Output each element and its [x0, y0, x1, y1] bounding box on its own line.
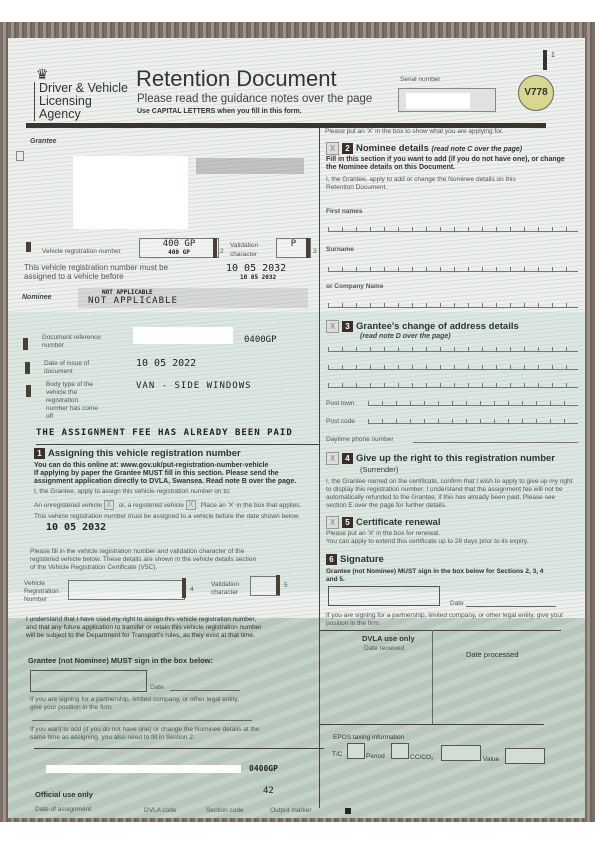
- grantee-shaded-field: [196, 158, 304, 174]
- section6-date-line[interactable]: [466, 606, 556, 607]
- surname-input[interactable]: [328, 264, 578, 272]
- royal-crest-icon: ♛: [36, 66, 54, 82]
- assign-before-date: 10 05 2032: [226, 263, 286, 274]
- corner-marker: [345, 808, 351, 814]
- value-label: Value: [483, 756, 499, 763]
- official-use-value: 42: [263, 786, 274, 796]
- dvla-use-title: DVLA use only: [362, 634, 415, 643]
- marker-bar: [23, 338, 28, 350]
- position-line[interactable]: [32, 720, 252, 721]
- post-town-label: Post town: [326, 400, 355, 407]
- assign-before-date-small: 10 05 2032: [240, 274, 276, 281]
- epos-rule: [319, 724, 544, 725]
- section-rule: [36, 444, 319, 445]
- registered-vehicle-checkbox[interactable]: X: [186, 500, 196, 510]
- validation-box-number: 3: [313, 248, 317, 255]
- dvla-watermark-zone: [8, 618, 585, 818]
- section1-vrn-input[interactable]: [68, 580, 185, 600]
- sign-heading: Grantee (not Nominee) MUST sign in the b…: [28, 656, 213, 665]
- dvla-divider: [432, 630, 433, 724]
- section1-vrn-label: Vehicle Registration Number: [24, 580, 69, 604]
- fill-instruction: Please fill in the vehicle registration …: [30, 548, 260, 572]
- section3-checkbox[interactable]: X: [326, 320, 339, 333]
- address-line-3[interactable]: [328, 380, 578, 388]
- doc-ref-value: 0400GP: [244, 335, 277, 345]
- agency-name: Driver & Vehicle Licensing Agency: [34, 82, 128, 121]
- body-type-label: Body type of the vehicle the registratio…: [46, 381, 100, 421]
- serial-number-label: Serial number: [400, 76, 440, 83]
- tc-label: T/C: [332, 751, 342, 758]
- redacted-grantee-address: [73, 156, 188, 229]
- marker-bar: [26, 385, 31, 397]
- cc-label: CC/CO₂: [410, 754, 433, 761]
- assign-before-label: This vehicle registration number must be…: [24, 263, 194, 281]
- section6-date-label: Date: [450, 600, 464, 607]
- col-dvla-code: DVLA code: [144, 807, 177, 814]
- marker-bar: [182, 578, 186, 598]
- fee-note: THE ASSIGNMENT FEE HAS ALREADY BEEN PAID: [36, 428, 293, 438]
- section5-line2: You can apply to extend this certificate…: [326, 538, 528, 545]
- before-date-text: This vehicle registration number must be…: [34, 513, 300, 520]
- section3-note: (read note D over the page): [360, 333, 451, 340]
- form-code-badge: V778: [518, 75, 554, 111]
- section4-checkbox[interactable]: X: [326, 452, 339, 465]
- right-instruction: Please put an 'X' in the box to show wha…: [325, 128, 503, 135]
- body-type-value: VAN - SIDE WINDOWS: [136, 381, 252, 391]
- section1-heading: 1Assigning this vehicle registration num…: [34, 448, 241, 459]
- surname-label: Surname: [326, 246, 354, 253]
- section5-checkbox[interactable]: X: [326, 516, 339, 529]
- partnership-note: If you are signing for a partnership, li…: [30, 696, 250, 712]
- grantee-label: Grantee: [30, 138, 56, 145]
- document-subtitle: Please read the guidance notes over the …: [137, 93, 372, 105]
- official-use-label: Official use only: [35, 790, 93, 799]
- vrn-box-number: 2: [220, 248, 224, 255]
- issue-date-label: Date of issue of document: [44, 360, 114, 376]
- vrn-box-number: 4: [190, 586, 194, 593]
- section6-partnership-note: If you are signing for a partnership, li…: [326, 612, 576, 628]
- section3-heading: X3Grantee's change of address details: [326, 320, 519, 333]
- retention-document: ♛ Driver & Vehicle Licensing Agency Rete…: [8, 38, 585, 818]
- vrn-label: Vehicle registration number: [42, 248, 121, 255]
- period-label: Period: [366, 753, 385, 760]
- issue-date-value: 10 05 2022: [136, 358, 196, 369]
- col-output-marker: Output marker: [270, 807, 312, 814]
- document-title: Retention Document: [136, 66, 337, 92]
- address-line-2[interactable]: [328, 362, 578, 370]
- col-section-code: Section code: [206, 807, 244, 814]
- section2-fill-text: Fill in this section if you want to add …: [326, 156, 576, 172]
- marker-bar: [276, 575, 280, 595]
- section6-instruction: Grantee (not Nominee) MUST sign in the b…: [326, 568, 556, 584]
- phone-label: Daytime phone number: [326, 436, 394, 443]
- value-input[interactable]: [505, 748, 545, 764]
- section4-heading: X4Give up the right to this registration…: [326, 452, 581, 465]
- post-town-input[interactable]: [368, 398, 578, 406]
- col-date-of-assignment: Date of assignment: [35, 806, 91, 813]
- serial-number-field: [398, 88, 496, 112]
- redacted-serial: [406, 93, 470, 109]
- section6-heading: 6Signature: [326, 554, 384, 565]
- grantee-signature-box[interactable]: [30, 670, 147, 692]
- marker-bar: [213, 238, 217, 258]
- cc-input[interactable]: [441, 745, 481, 761]
- marker-bar: [25, 362, 30, 374]
- column-divider: [319, 128, 320, 808]
- page-number: 1: [551, 52, 555, 59]
- section-rule: [34, 748, 324, 749]
- nominee-label: Nominee: [22, 294, 52, 301]
- understand-text: I understand that I have used my right t…: [26, 616, 266, 640]
- vrn-field: 400 GP 400 GP: [139, 238, 219, 258]
- nominee-field: NOT APPLICABLE NOT APPLICABLE: [78, 288, 308, 308]
- date-received-label: Date received: [364, 645, 404, 652]
- online-link[interactable]: You can do this online at: www.gov.uk/pu…: [34, 462, 319, 470]
- page-marker: [543, 50, 547, 70]
- section2-heading: X2Nominee details (read note C over the …: [326, 142, 522, 155]
- date-processed-label: Date processed: [466, 650, 519, 659]
- phone-input[interactable]: [413, 442, 578, 443]
- period-input[interactable]: [391, 743, 409, 759]
- doc-ref-label: Document reference number: [42, 334, 112, 350]
- vehicle-choice: An unregistered vehicle X or, a register…: [34, 500, 324, 510]
- section6-signature-box[interactable]: [328, 586, 440, 606]
- nominee-note: If you want to add (if you do not have o…: [30, 726, 270, 742]
- redacted-doc-ref: [133, 327, 233, 344]
- tc-input[interactable]: [347, 743, 365, 759]
- epos-title: EPOS taxing information: [333, 734, 404, 741]
- before-date: 10 05 2032: [46, 522, 106, 533]
- validation-box-number: 5: [284, 582, 288, 589]
- section4-subtitle: (Surrender): [360, 465, 398, 474]
- address-line-1[interactable]: [328, 344, 578, 352]
- company-label: or Company Name: [326, 283, 383, 290]
- apply-text: I, the Grantee, apply to assign this veh…: [34, 488, 231, 495]
- grantee-checkbox: [16, 151, 24, 161]
- redacted-reference: [46, 765, 241, 773]
- marker-bar: [306, 238, 310, 258]
- post-code-label: Post code: [326, 418, 355, 425]
- paper-note: If applying by paper the Grantee MUST fi…: [34, 470, 319, 486]
- section5-heading: X5Certificate renewal: [326, 516, 440, 529]
- section2-apply-text: I, the Grantee, apply to add or change t…: [326, 176, 536, 192]
- section1-validation-label: Validation character: [211, 581, 249, 597]
- first-names-input[interactable]: [328, 224, 578, 232]
- section5-line1: Please put an 'X' in the box for renewal…: [326, 530, 440, 537]
- company-input[interactable]: [328, 300, 578, 308]
- section4-body: I, the Grantee named on the certificate,…: [326, 478, 576, 510]
- date-line[interactable]: [170, 690, 240, 691]
- section2-checkbox[interactable]: X: [326, 142, 339, 155]
- post-code-input[interactable]: [368, 416, 578, 424]
- first-names-label: First names: [326, 208, 363, 215]
- date-label: Date: [150, 684, 164, 691]
- marker-bar: [26, 242, 31, 252]
- validation-label: Validation character: [230, 241, 274, 259]
- bottom-ref-value: 0400GP: [249, 764, 278, 773]
- unregistered-vehicle-checkbox[interactable]: X: [104, 500, 114, 510]
- capitals-note: Use CAPITAL LETTERS when you fill in thi…: [137, 108, 302, 115]
- dvla-rule: [319, 630, 561, 631]
